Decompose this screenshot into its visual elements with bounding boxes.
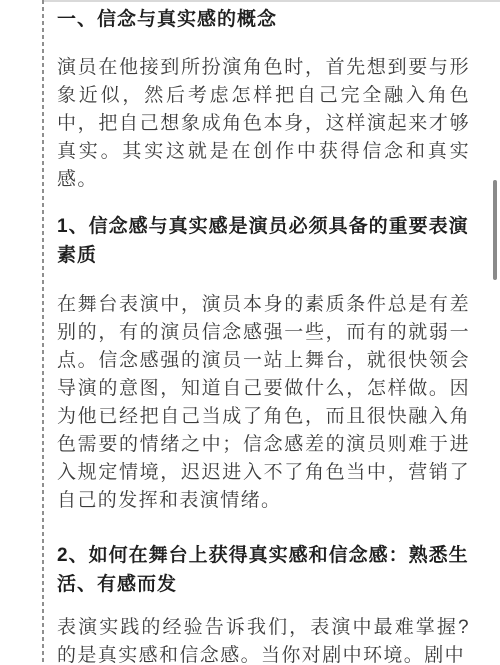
article-page: 一、信念与真实感的概念 演员在他接到所扮演角色时，首先想到要与形象近似，然后考虑… [0, 0, 500, 665]
section-heading: 2、如何在舞台上获得真实感和信念感：熟悉生活、有感而发 [57, 541, 470, 599]
section-heading: 一、信念与真实感的概念 [57, 6, 470, 34]
section-paragraph: 表演实践的经验告诉我们，表演中最难掌握?的是真实感和信念感。当你对剧中环境。剧中 [57, 614, 470, 665]
vertical-dashed-divider [42, 0, 44, 665]
section-quality: 1、信念感与真实感是演员必须具备的重要表演素质 在舞台表演中，演员本身的素质条件… [57, 212, 470, 515]
article-body: 一、信念与真实感的概念 演员在他接到所扮演角色时，首先想到要与形象近似，然后考虑… [57, 0, 470, 665]
section-how-to: 2、如何在舞台上获得真实感和信念感：熟悉生活、有感而发 表演实践的经验告诉我们，… [57, 541, 470, 665]
scrollbar-thumb[interactable] [493, 180, 497, 280]
section-concept: 一、信念与真实感的概念 演员在他接到所扮演角色时，首先想到要与形象近似，然后考虑… [57, 6, 470, 194]
section-paragraph: 演员在他接到所扮演角色时，首先想到要与形象近似，然后考虑怎样把自己完全融入角色中… [57, 54, 470, 194]
section-paragraph: 在舞台表演中，演员本身的素质条件总是有差别的，有的演员信念感强一些，而有的就弱一… [57, 291, 470, 515]
section-heading: 1、信念感与真实感是演员必须具备的重要表演素质 [57, 212, 470, 270]
